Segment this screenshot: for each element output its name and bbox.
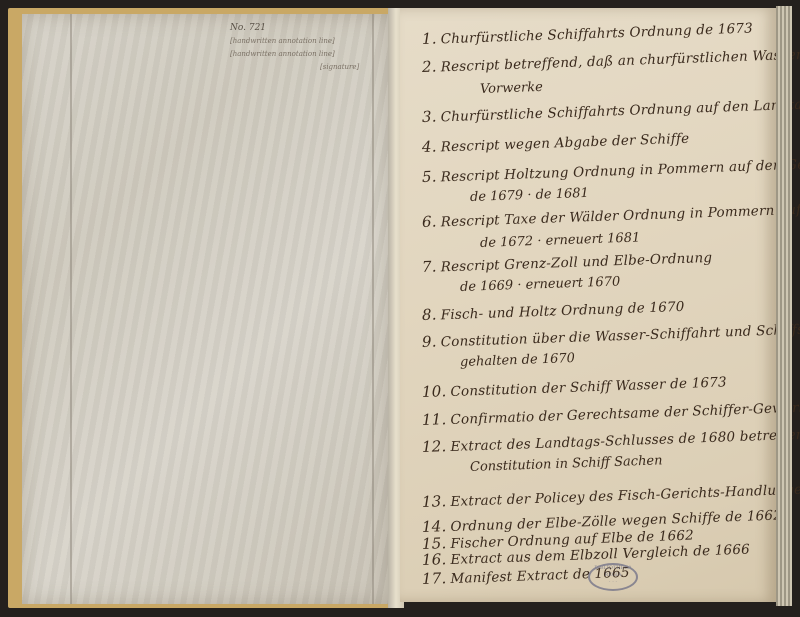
left-pastedown-page [22,14,388,604]
page-crease [372,14,374,604]
note-signature: [signature] [230,61,390,74]
list-item: 3.Churfürstliche Schiffahrts Ordnung auf… [422,94,800,126]
left-page-note: No. 721 [handwritten annotation line] [h… [230,22,390,74]
list-item: 8.Fisch- und Holtz Ordnung de 1670 [422,297,685,324]
list-item: 11.Confirmatio der Gerechtsame der Schif… [422,397,800,429]
list-item: 7.Rescript Grenz-Zoll und Elbe-Ordnung [422,248,713,276]
list-item-continuation: gehalten de 1670 [460,351,575,370]
list-item: 5.Rescript Holtzung Ordnung in Pommern a… [422,153,800,186]
stamp-line: · · · [590,579,636,586]
list-item-continuation: de 1669 · erneuert 1670 [460,274,621,295]
list-item-continuation: Constitution in Schiff Sachen [470,453,663,475]
note-line: [handwritten annotation line] [230,35,390,48]
list-item: 4.Rescript wegen Abgabe der Schiffe [422,129,690,156]
right-page: 1.Churfürstliche Schiffahrts Ordnung de … [400,8,776,602]
page-edges [776,6,792,606]
list-item-continuation: de 1672 · erneuert 1681 [480,230,641,251]
note-line: [handwritten annotation line] [230,48,390,61]
list-item: 1.Churfürstliche Schiffahrts Ordnung de … [422,18,754,48]
page-crease [70,14,72,604]
list-item: 2.Rescript betreffend, daß an churfürstl… [422,42,800,76]
list-item: 10.Constitution der Schiff Wasser de 167… [422,372,727,401]
list-item: 9.Constitution über die Wasser-Schiffahr… [422,318,800,351]
library-stamp: BIBLIOTHECA REGIA · · · [588,563,638,591]
stamp-line: BIBLIOTHECA [590,565,636,572]
list-item: 12.Extract des Landtags-Schlusses de 168… [422,423,800,456]
list-item-continuation: de 1679 · de 1681 [470,186,589,205]
note-line: No. 721 [230,22,390,35]
list-item-continuation: Vorwerke [480,80,543,97]
manuscript-spread: No. 721 [handwritten annotation line] [h… [0,0,800,617]
stamp-line: REGIA [590,572,636,579]
